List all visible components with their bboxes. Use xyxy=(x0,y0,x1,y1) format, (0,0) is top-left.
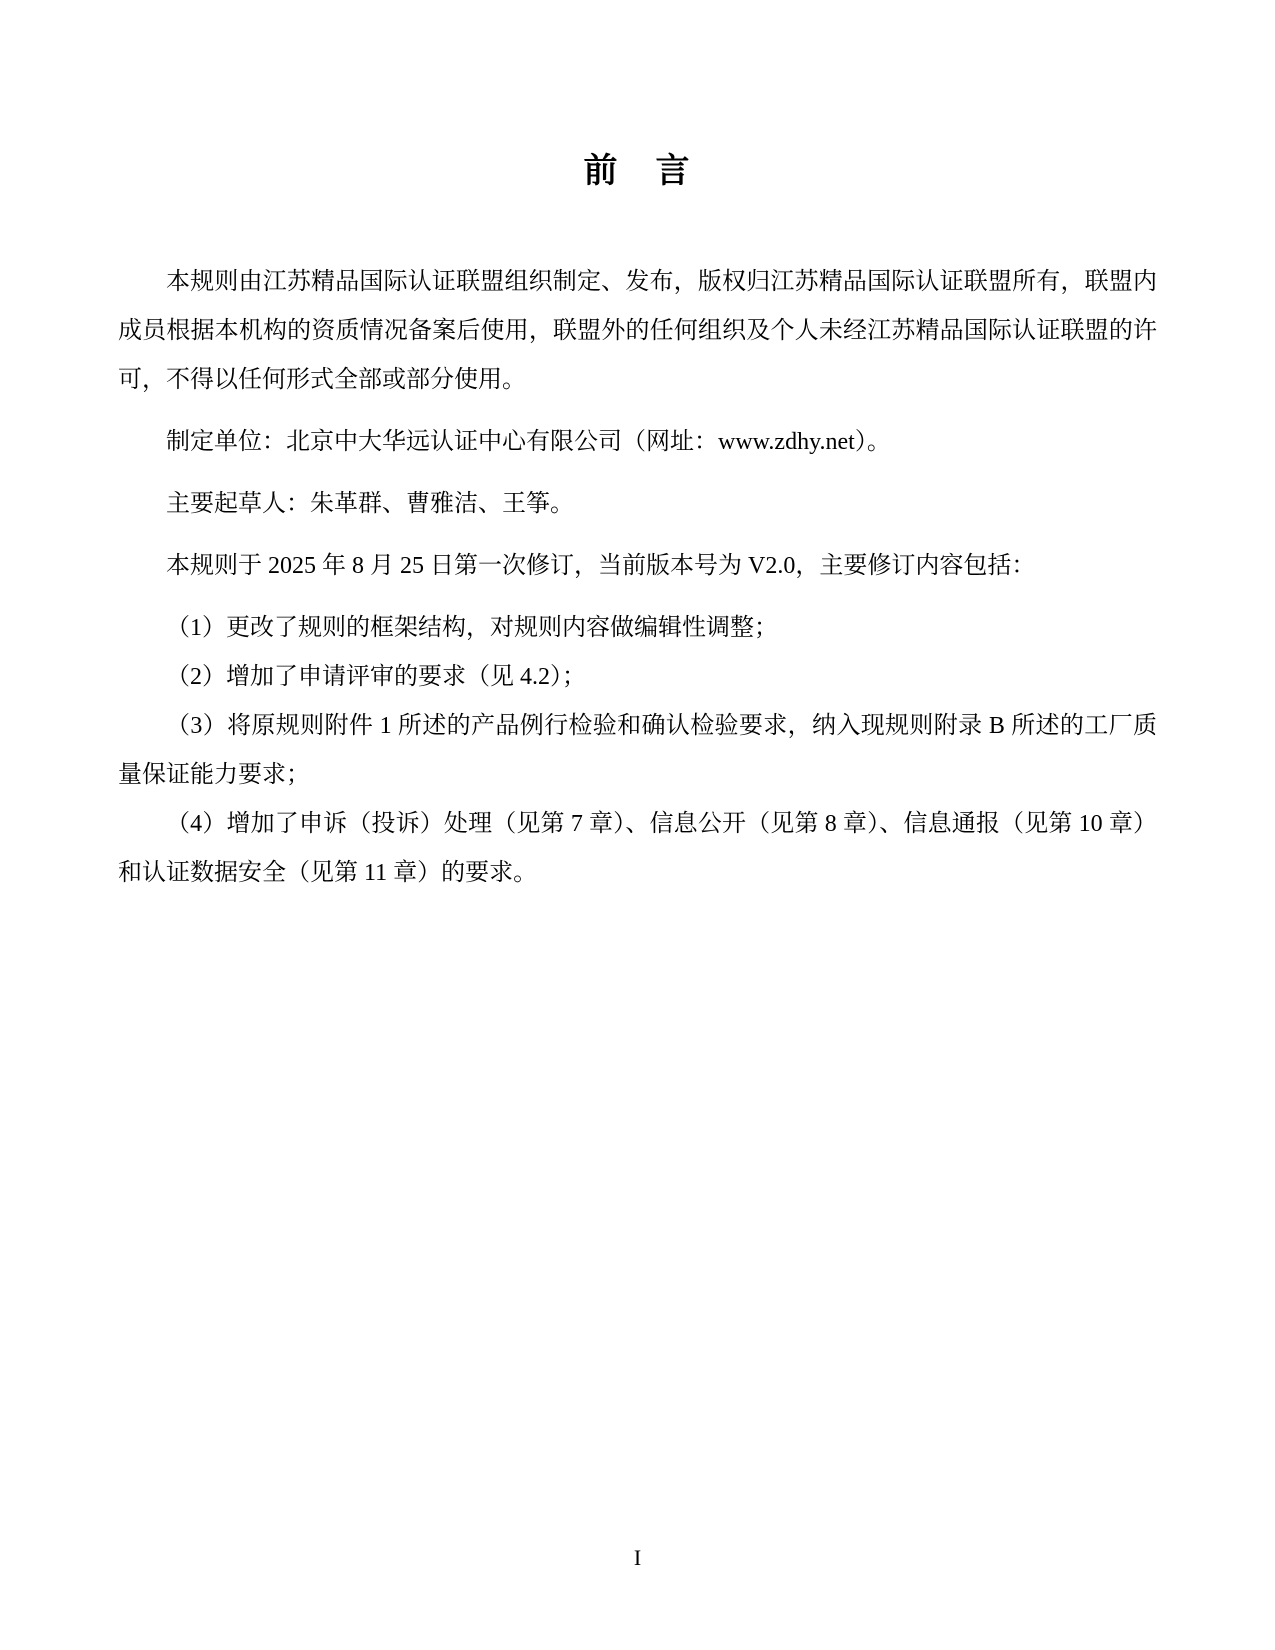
paragraph-issuing-unit: 制定单位：北京中大华远认证中心有限公司（网址：www.zdhy.net）。 xyxy=(118,418,1157,467)
paragraph-revision-intro: 本规则于 2025 年 8 月 25 日第一次修订，当前版本号为 V2.0，主要… xyxy=(118,542,1157,591)
revision-item-2: （2）增加了申请评审的要求（见 4.2）； xyxy=(118,653,1157,702)
revision-item-4: （4）增加了申诉（投诉）处理（见第 7 章）、信息公开（见第 8 章）、信息通报… xyxy=(118,800,1157,898)
paragraph-copyright: 本规则由江苏精品国际认证联盟组织制定、发布，版权归江苏精品国际认证联盟所有，联盟… xyxy=(118,258,1157,405)
page-title: 前 言 xyxy=(118,150,1157,194)
paragraph-drafters: 主要起草人：朱革群、曹雅洁、王筝。 xyxy=(118,480,1157,529)
page-footer: I xyxy=(0,1547,1275,1569)
revision-item-1: （1）更改了规则的框架结构，对规则内容做编辑性调整； xyxy=(118,604,1157,653)
page-number: I xyxy=(634,1545,641,1570)
revision-item-3: （3）将原规则附件 1 所述的产品例行检验和确认检验要求，纳入现规则附录 B 所… xyxy=(118,702,1157,800)
document-page: 前 言 本规则由江苏精品国际认证联盟组织制定、发布，版权归江苏精品国际认证联盟所… xyxy=(0,0,1275,1650)
